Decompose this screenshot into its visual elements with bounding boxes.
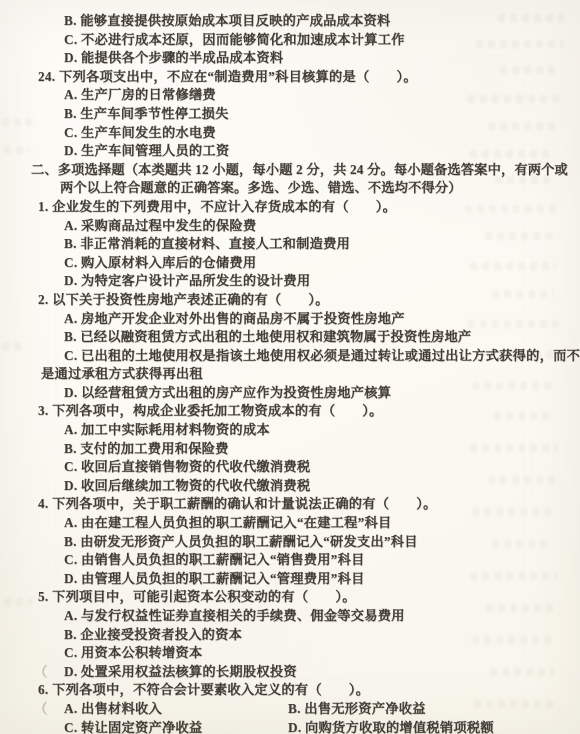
stray-pencil-mark: （ [34,700,48,719]
option-line: （D. 处置采用权益法核算的长期股权投资 [0,663,580,682]
option-line: A. 房地产开发企业对外出售的商品房不属于投资性房地产 [0,310,580,329]
option-line: D. 能提供各个步骤的半成品成本资料 [0,49,580,68]
option-line: C. 已出租的土地使用权是指该土地使用权必须是通过转让或通过出让方式获得的，而不 [0,347,580,366]
option-line: B. 非正常消耗的直接材料、直接人工和制造费用 [0,235,580,254]
option-line: A. 由在建工程人员负担的职工薪酬记入“在建工程”科目 [0,514,580,533]
option-right: D. 向购货方收取的增值税销项税额 [288,719,494,734]
stray-pencil-mark: （ [34,663,48,682]
line-text: C. 生产车间发生的水电费 [64,125,216,140]
line-text: D. 处置采用权益法核算的长期股权投资 [64,664,297,679]
line-text: A. 加工中实际耗用材料物资的成本 [64,422,270,437]
option-right: B. 出售无形资产净收益 [288,700,426,719]
two-column-option-line: C. 转让固定资产净收益D. 向购货方收取的增值税销项税额 [0,719,580,734]
line-text: A. 生产厂房的日常修缮费 [64,87,216,102]
line-text: 4. 下列各项中，关于职工薪酬的确认和计量说法正确的有（ ）。 [38,496,437,511]
line-text: C. 用资本公积转增资本 [64,645,202,660]
line-text: 6. 下列各项中，不符合会计要素收入定义的有（ ）。 [38,682,369,697]
exam-text-content: B. 能够直接提供按原始成本项目反映的产成品成本资料C. 不必进行成本还原，因而… [0,12,580,734]
line-text: 24. 下列各项支出中，不应在“制造费用”科目核算的是（ ）。 [38,69,417,84]
line-text: B. 支付的加工费用和保险费 [64,441,229,456]
option-line: C. 用资本公积转增资本 [0,644,580,663]
line-text: 二、多项选择题（本类题共 12 小题，每小题 2 分，共 24 分。每小题备选答… [31,162,568,177]
option-line: D. 生产车间管理人员的工资 [0,142,580,161]
line-text: B. 由研发无形资产人员负担的职工薪酬记入“研发支出”科目 [64,534,418,549]
option-line: A. 与发行权益性证券直接相关的手续费、佣金等交易费用 [0,607,580,626]
question-line: 3. 下列各项中，构成企业委托加工物资成本的有（ ）。 [0,402,580,421]
line-text: C. 已出租的土地使用权是指该土地使用权必须是通过转让或通过出让方式获得的，而不 [64,348,580,363]
line-text: B. 企业接受投资者投入的资本 [64,627,242,642]
line-text: A. 房地产开发企业对外出售的商品房不属于投资性房地产 [64,311,405,326]
option-line: C. 生产车间发生的水电费 [0,124,580,143]
line-text: A. 由在建工程人员负担的职工薪酬记入“在建工程”科目 [64,515,392,530]
line-text: B. 能够直接提供按原始成本项目反映的产成品成本资料 [64,13,391,28]
line-text: B. 已经以融资租赁方式出租的土地使用权和建筑物属于投资性房地产 [64,329,471,344]
line-text: D. 收回后继续加工物资的代收代缴消费税 [64,478,310,493]
question-line: 2. 以下关于投资性房地产表述正确的有（ ）。 [0,291,580,310]
option-line: D. 由管理人员负担的职工薪酬记入“管理费用”科目 [0,570,580,589]
option-line: A. 加工中实际耗用材料物资的成本 [0,421,580,440]
two-column-option-line: （A. 出售材料收入B. 出售无形资产净收益 [0,700,580,719]
option-line: D. 为特定客户设计产品所发生的设计费用 [0,272,580,291]
question-line: 5. 下列项目中，可能引起资本公积变动的有（ ）。 [0,588,580,607]
option-left: C. 转让固定资产净收益 [64,720,202,734]
question-line: 24. 下列各项支出中，不应在“制造费用”科目核算的是（ ）。 [0,68,580,87]
line-text: D. 生产车间管理人员的工资 [64,143,229,158]
line-text: 5. 下列项目中，可能引起资本公积变动的有（ ）。 [38,589,356,604]
option-line: B. 能够直接提供按原始成本项目反映的产成品成本资料 [0,12,580,31]
question-line: 1. 企业发生的下列费用中，不应计入存货成本的有（ ）。 [0,198,580,217]
line-text: D. 为特定客户设计产品所发生的设计费用 [64,273,310,288]
line-text: B. 生产车间季节性停工损失 [64,106,229,121]
line-text: C. 不必进行成本还原，因而能够简化和加速成本计算工作 [64,32,405,47]
line-text: C. 收回后直接销售物资的代收代缴消费税 [64,459,310,474]
option-line: B. 已经以融资租赁方式出租的土地使用权和建筑物属于投资性房地产 [0,328,580,347]
line-text: D. 以经营租赁方式出租的房产应作为投资性房地产核算 [64,385,391,400]
option-line: D. 收回后继续加工物资的代收代缴消费税 [0,477,580,496]
option-line: C. 收回后直接销售物资的代收代缴消费税 [0,458,580,477]
scanned-exam-page: B. 能够直接提供按原始成本项目反映的产成品成本资料C. 不必进行成本还原，因而… [0,0,580,734]
line-text: C. 由销售人员负担的职工薪酬记入“销售费用”科目 [64,552,365,567]
option-line: A. 采购商品过程中发生的保险费 [0,217,580,236]
line-text: A. 与发行权益性证券直接相关的手续费、佣金等交易费用 [64,608,405,623]
section-heading-continuation: 两个以上符合题意的正确答案。多选、少选、错选、不选均不得分） [0,179,580,198]
line-text: 是通过承租方式获得再出租 [41,366,203,381]
option-line: B. 支付的加工费用和保险费 [0,440,580,459]
option-continuation-line: 是通过承租方式获得再出租 [0,365,580,384]
option-line: B. 由研发无形资产人员负担的职工薪酬记入“研发支出”科目 [0,533,580,552]
option-line: B. 企业接受投资者投入的资本 [0,626,580,645]
line-text: 两个以上符合题意的正确答案。多选、少选、错选、不选均不得分） [60,180,462,195]
line-text: 3. 下列各项中，构成企业委托加工物资成本的有（ ）。 [38,403,383,418]
line-text: D. 由管理人员负担的职工薪酬记入“管理费用”科目 [64,571,365,586]
option-line: B. 生产车间季节性停工损失 [0,105,580,124]
option-line: A. 生产厂房的日常修缮费 [0,86,580,105]
question-line: 4. 下列各项中，关于职工薪酬的确认和计量说法正确的有（ ）。 [0,495,580,514]
line-text: C. 购入原材料入库后的仓储费用 [64,255,256,270]
option-line: C. 由销售人员负担的职工薪酬记入“销售费用”科目 [0,551,580,570]
option-left: A. 出售材料收入 [64,701,162,716]
line-text: B. 非正常消耗的直接材料、直接人工和制造费用 [64,236,350,251]
question-line: 6. 下列各项中，不符合会计要素收入定义的有（ ）。 [0,681,580,700]
line-text: 2. 以下关于投资性房地产表述正确的有（ ）。 [38,292,329,307]
line-text: A. 采购商品过程中发生的保险费 [64,218,256,233]
option-line: C. 购入原材料入库后的仓储费用 [0,254,580,273]
section-heading-line: 二、多项选择题（本类题共 12 小题，每小题 2 分，共 24 分。每小题备选答… [0,161,580,180]
line-text: 1. 企业发生的下列费用中，不应计入存货成本的有（ ）。 [38,199,396,214]
option-line: D. 以经营租赁方式出租的房产应作为投资性房地产核算 [0,384,580,403]
option-line: C. 不必进行成本还原，因而能够简化和加速成本计算工作 [0,31,580,50]
line-text: D. 能提供各个步骤的半成品成本资料 [64,50,283,65]
